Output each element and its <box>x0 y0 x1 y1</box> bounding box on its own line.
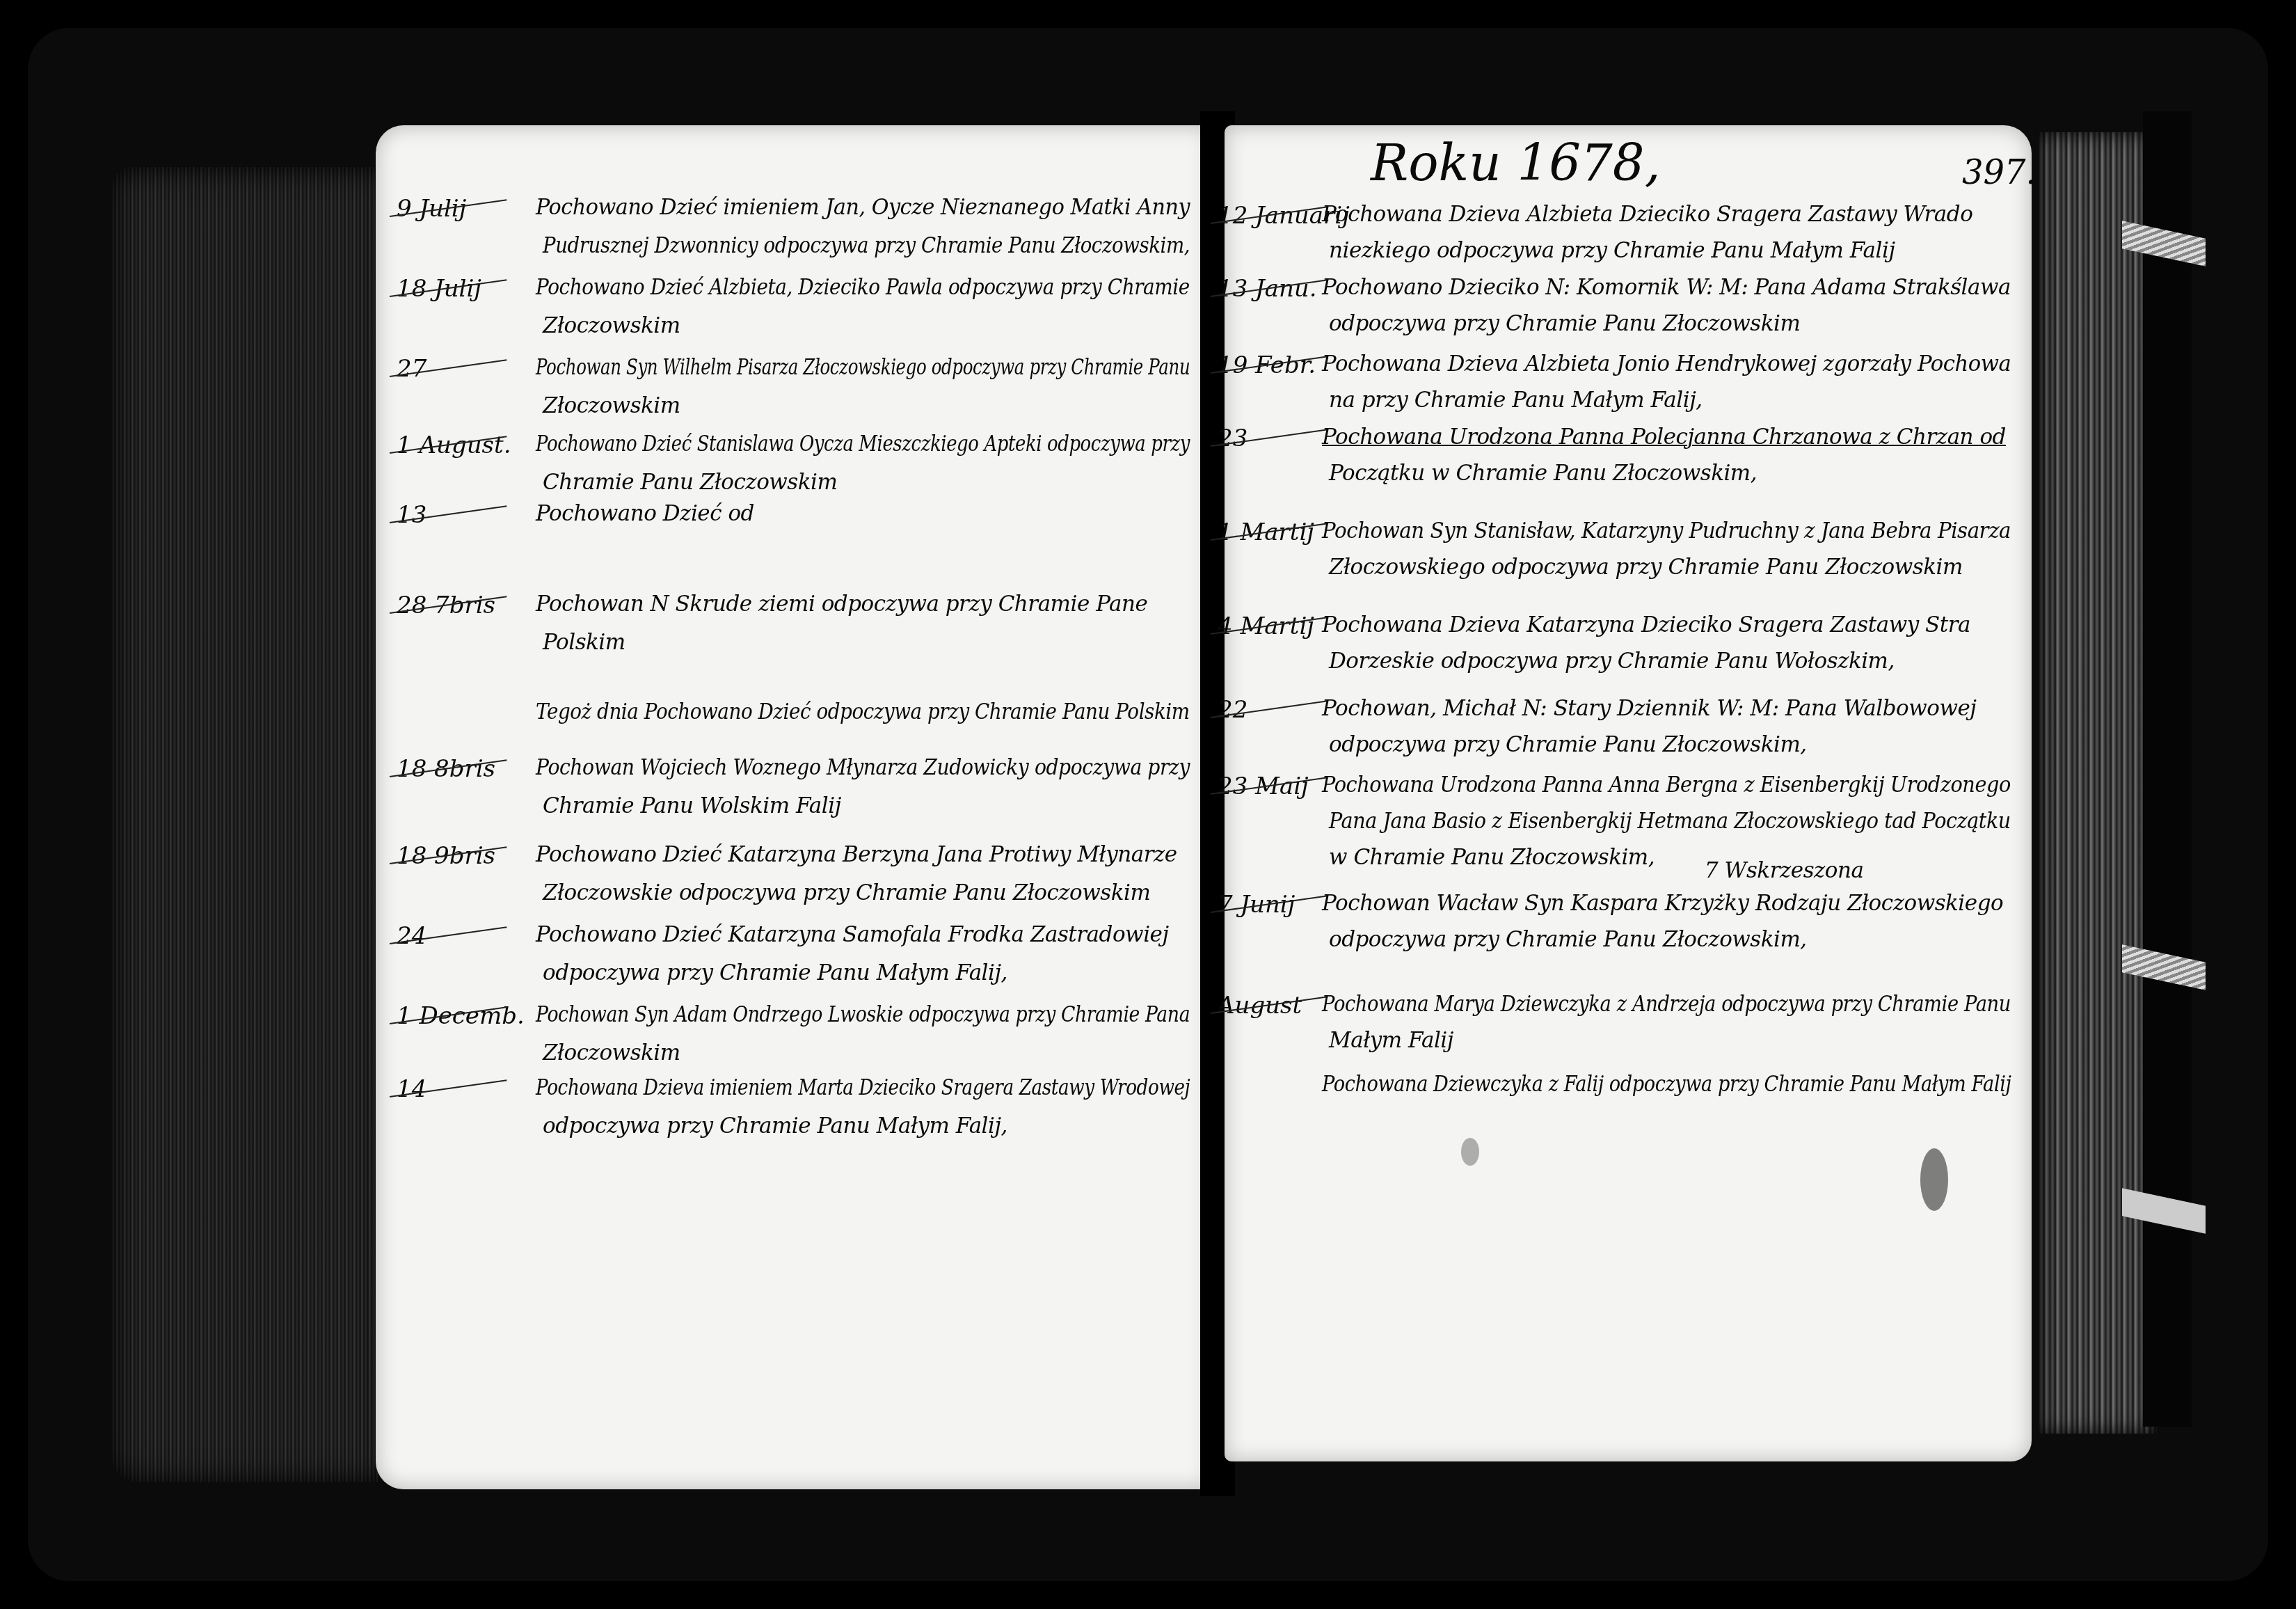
entry-text-line: Pudrusznej Dzwonnicy odpoczywa przy Chra… <box>543 233 1190 258</box>
marginal-annotation: 7 Wskrzeszona <box>1705 858 1863 883</box>
entry-text-line: Pochowano Dzieć Alzbieta, Dzieciko Pawla… <box>536 275 1190 300</box>
entry-text-line: Chramie Panu Złoczowskim <box>543 470 837 495</box>
entry-text-line: Pochowano Dzieć od <box>536 501 754 526</box>
entry-text-line: odpoczywa przy Chramie Panu Małym Falij, <box>543 1113 1007 1139</box>
entry-text-line: Pochowan Wojciech Woznego Młynarza Zudow… <box>536 755 1190 780</box>
entry-text-line: Początku w Chramie Panu Złoczowskim, <box>1329 461 1757 486</box>
entry-text-line: Pana Jana Basio z Eisenbergkij Hetmana Z… <box>1329 809 2011 834</box>
entry-text-line: Pochowana Dzieva Katarzyna Dzieciko Srag… <box>1322 612 1970 637</box>
entry-text-line: Pochowano Dzieć Katarzyna Berzyna Jana P… <box>536 842 1177 867</box>
entry-text-line: Pochowana Dziewczyka z Falij odpoczywa p… <box>1322 1072 2011 1097</box>
entry-text-line: Dorzeskie odpoczywa przy Chramie Panu Wo… <box>1329 649 1895 674</box>
entry-text-line: Małym Falij <box>1329 1028 1453 1053</box>
entry-text-line: Pochowano Dzieć Katarzyna Samofala Frodk… <box>536 922 1169 947</box>
entry-text-line: Pochowana Urodzona Panna Anna Bergna z E… <box>1322 772 2011 798</box>
entry-text-line: Tegoż dnia Pochowano Dzieć odpoczywa prz… <box>536 699 1190 724</box>
book-edge-right <box>2039 132 2157 1434</box>
entry-text-line: Pochowan Syn Wilhelm Pisarza Złoczowskie… <box>536 355 1190 380</box>
entry-text-line: Pochowana Dzieva Alzbieta Dzieciko Srage… <box>1322 202 1972 227</box>
entry-date: 14 <box>397 1075 426 1103</box>
entry-text-line: Pochowano Dzieciko N: Komornik W: M: Pan… <box>1322 275 2011 300</box>
entry-date: 1 August. <box>397 431 511 459</box>
entry-text-line: Pochowana Urodzona Panna Polecjanna Chrz… <box>1322 425 2006 450</box>
entry-text-line: odpoczywa przy Chramie Panu Złoczowskim, <box>1329 927 1807 952</box>
page-number: 397. <box>1962 153 2036 192</box>
entry-text-line: odpoczywa przy Chramie Panu Złoczowskim <box>1329 311 1800 336</box>
entry-text-line: Złoczowskim <box>543 393 680 418</box>
book-edge-left <box>111 167 390 1482</box>
entry-date: 23 <box>1218 425 1247 452</box>
entry-text-line: Chramie Panu Wolskim Falij <box>543 793 841 818</box>
entry-text-line: Pochowan Syn Adam Ondrzego Lwoskie odpoc… <box>536 1002 1190 1027</box>
entry-date: 22 <box>1218 696 1247 724</box>
entry-text-line: w Chramie Panu Złoczowskim, <box>1329 845 1655 870</box>
entry-text-line: Złoczowskie odpoczywa przy Chramie Panu … <box>543 880 1150 905</box>
left-page: 9 JulijPochowano Dzieć imieniem Jan, Oyc… <box>376 125 1211 1489</box>
ink-stain <box>1461 1138 1479 1166</box>
entry-text-line: Pochowano Dzieć imieniem Jan, Oycze Niez… <box>536 195 1190 220</box>
entry-text-line: Pochowana Marya Dziewczyka z Andrzeja od… <box>1322 992 2011 1017</box>
entry-text-line: Złoczowskiego odpoczywa przy Chramie Pan… <box>1329 555 1963 580</box>
ink-stain <box>1920 1148 1948 1211</box>
entry-date: 27 <box>397 355 426 383</box>
entry-date: 9 Julij <box>397 195 466 223</box>
entry-text-line: niezkiego odpoczywa przy Chramie Panu Ma… <box>1329 238 1895 263</box>
entry-date: 24 <box>397 922 426 950</box>
entry-text-line: Pochowan, Michał N: Stary Dziennik W: M:… <box>1322 696 1976 721</box>
entry-text-line: Pochowano Dzieć Stanislawa Oycza Mieszcz… <box>536 431 1190 457</box>
entry-text-line: odpoczywa przy Chramie Panu Złoczowskim, <box>1329 732 1807 757</box>
entry-text-line: Polskim <box>543 630 625 655</box>
entry-date: 13 <box>397 501 426 529</box>
entry-text-line: odpoczywa przy Chramie Panu Małym Falij, <box>543 960 1007 985</box>
entry-text-line: Pochowan Syn Stanisław, Katarzyny Pudruc… <box>1322 518 2011 544</box>
book-cover-right <box>2143 111 2192 1427</box>
entry-text-line: Pochowana Dzieva Alzbieta Jonio Hendryko… <box>1322 351 2011 377</box>
entry-text-line: na przy Chramie Panu Małym Falij, <box>1329 388 1703 413</box>
page-heading: Roku 1678, <box>1371 134 1661 192</box>
right-page: Roku 1678, 397. 12 JanuarijPochowana Dzi… <box>1225 125 2032 1461</box>
entry-text-line: Pochowana Dzieva imieniem Marta Dzieciko… <box>536 1075 1190 1100</box>
entry-text-line: Złoczowskim <box>543 313 680 338</box>
entry-text-line: Złoczowskim <box>543 1040 680 1065</box>
entry-text-line: Pochowan Wacław Syn Kaspara Krzyżky Rodz… <box>1322 891 2003 916</box>
entry-text-line: Pochowan N Skrude ziemi odpoczywa przy C… <box>536 592 1147 617</box>
